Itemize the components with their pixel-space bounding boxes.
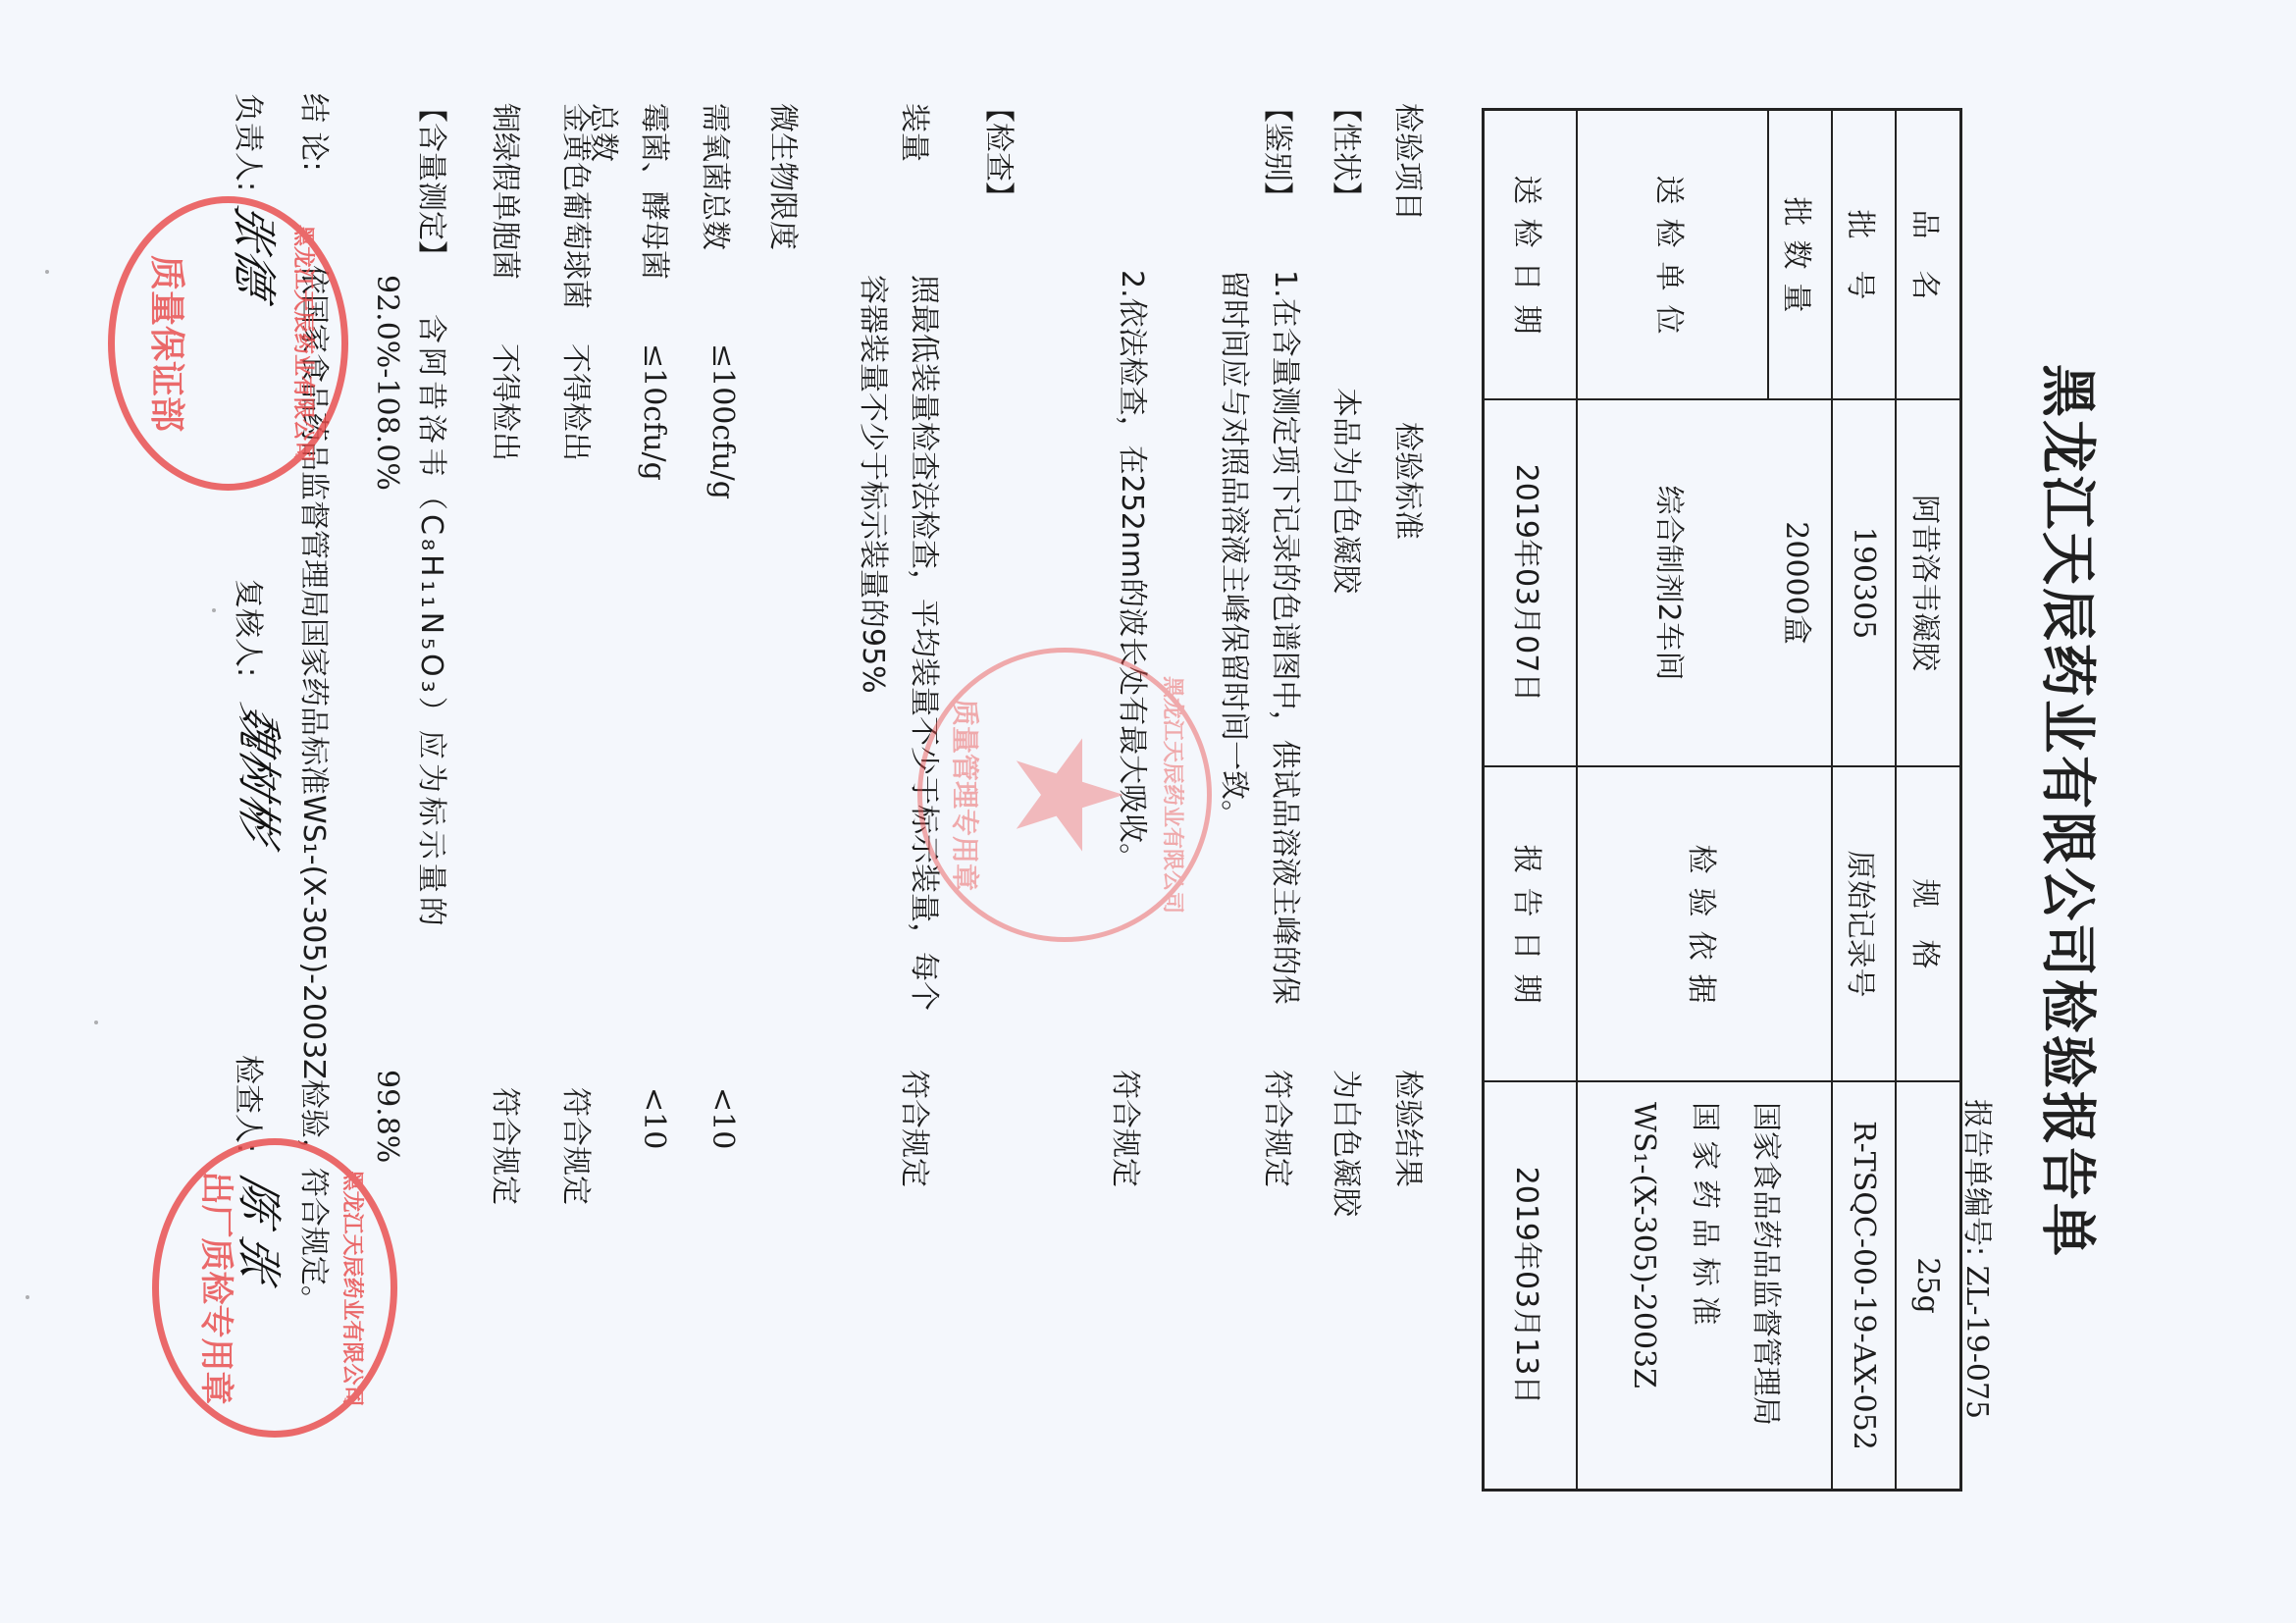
fill-volume-item: 装量 (896, 103, 939, 162)
batch-qty-value: 20000盒 (1769, 400, 1831, 765)
spec-label: 规格 (1897, 767, 1959, 1080)
reviewer-label: 复核人: (230, 579, 273, 677)
basis-line-3: WS₁-(X-305)-2003Z (1613, 1102, 1674, 1388)
basis-value: 国家食品药品监督管理局 国 家 药 品 标 准 WS₁-(X-305)-2003… (1578, 1082, 1831, 1489)
microbial-row-1-item: 需氧菌总数 (697, 103, 740, 250)
basis-line-2: 国 家 药 品 标 准 (1674, 1102, 1735, 1326)
report-number-value: ZL-19-075 (1959, 1266, 1994, 1419)
stamp-arc-text: 黑龙江天辰药业有限公司 (289, 203, 320, 484)
microbial-row-1-result: <10 (705, 1087, 740, 1149)
microbial-row-4-item: 铜绿假单胞菌 (487, 103, 530, 280)
assay-standard-line-2: 92.0%-108.0% (370, 275, 404, 491)
basis-label: 检验依据 (1578, 767, 1831, 1080)
inspection-heading: 【检查】 (980, 93, 1023, 211)
record-no-value: R-TSQC-00-19-AX-052 (1833, 1082, 1895, 1489)
fill-volume-standard: 照最低装量检查法检查，平均装量不少于标示装量，每个容器装量不少于标示装量的95% (847, 275, 949, 1030)
assay-heading: 【含量测定】 (413, 93, 456, 270)
col-header-item: 检验项目 (1389, 103, 1433, 221)
product-name-value: 阿昔洛韦凝胶 (1897, 400, 1959, 765)
record-no-label: 原始记录号 (1833, 767, 1895, 1080)
release-inspection-stamp: 黑龙江天辰药业有限公司 出厂质检专用章 (152, 1138, 397, 1438)
stamp-arc-text: 黑龙江天辰药业有限公司 (1159, 653, 1189, 937)
basis-line-1: 国家食品药品监督管理局 (1735, 1102, 1796, 1426)
document-title: 黑龙江天辰药业有限公司检验报告单 (2032, 0, 2112, 1623)
stamp-center-text: 质量保证部 (144, 203, 194, 484)
quality-management-stamp: 黑龙江天辰药业有限公司 质量管理专用章 (917, 648, 1212, 942)
col-header-standard: 检验标准 (1389, 422, 1433, 540)
assay-standard-line-1: 含阿昔洛韦（C₈H₁₁N₅O₃）应为标示量的 (413, 314, 456, 930)
assay-result: 99.8% (370, 1070, 404, 1163)
report-date-value: 2019年03月13日 (1485, 1082, 1576, 1489)
appearance-standard: 本品为白色凝胶 (1328, 388, 1371, 594)
appearance-result: 为白色凝胶 (1328, 1070, 1371, 1217)
stamp-center-text: 出厂质检专用章 (195, 1145, 243, 1431)
microbial-item: 微生物限度 (764, 103, 808, 250)
identification-standard-1: 1.在含量测定项下记录的色谱图中，供试品溶液主峰的保留时间应与对照品溶液主峰保留… (1208, 270, 1310, 1025)
submit-date-label: 送检日期 (1485, 111, 1576, 398)
microbial-row-1-standard: ≤100cfu/g (705, 343, 740, 499)
quality-assurance-stamp: 黑龙江天辰药业有限公司 质量保证部 (108, 196, 348, 491)
submit-date-value: 2019年03月07日 (1485, 400, 1576, 765)
submitter-label: 送检单位 (1578, 111, 1767, 398)
microbial-row-3-standard: 不得检出 (557, 343, 600, 461)
stamp-arc-text: 黑龙江天辰药业有限公司 (339, 1145, 369, 1431)
microbial-row-4-standard: 不得检出 (487, 343, 530, 461)
batch-no-value: 190305 (1833, 400, 1895, 765)
spec-value: 25g (1897, 1082, 1959, 1489)
col-header-result: 检验结果 (1389, 1070, 1433, 1187)
reviewer-signature: 魏树彬 (230, 698, 294, 851)
microbial-row-3-result: 符合规定 (557, 1087, 600, 1205)
microbial-row-3-item: 金黄色葡萄球菌 (557, 103, 600, 309)
submitter-value: 综合制剂2车间 (1578, 400, 1767, 765)
report-number: 报告单编号: ZL-19-075 (1958, 1099, 2002, 1419)
report-number-label: 报告单编号: (1959, 1099, 1994, 1256)
batch-qty-label: 批数量 (1769, 111, 1831, 398)
conclusion-label: 结 论: (295, 93, 339, 172)
responsible-label: 负责人: (230, 93, 273, 191)
report-date-label: 报告日期 (1485, 767, 1576, 1080)
header-table: 品名 阿昔洛韦凝胶 规格 25g 批号 190305 原始记录号 R-TSQC-… (1482, 108, 1962, 1492)
identification-heading: 【鉴别】 (1259, 93, 1302, 211)
batch-no-label: 批号 (1833, 111, 1895, 398)
microbial-row-2-standard: ≤10cfu/g (637, 343, 671, 481)
appearance-heading: 【性状】 (1328, 93, 1371, 211)
stamp-center-text: 质量管理专用章 (947, 653, 986, 937)
microbial-row-2-result: <10 (637, 1087, 671, 1149)
star-icon (1006, 736, 1123, 854)
microbial-row-4-result: 符合规定 (487, 1087, 530, 1205)
product-name-label: 品名 (1897, 111, 1959, 398)
inspection-report-page: 黑龙江天辰药业有限公司检验报告单 报告单编号: ZL-19-075 品名 阿昔洛… (0, 0, 2296, 1623)
identification-result-1: 符合规定 (1259, 1070, 1302, 1187)
fill-volume-result: 符合规定 (896, 1070, 939, 1187)
identification-result-2: 符合规定 (1107, 1070, 1150, 1187)
